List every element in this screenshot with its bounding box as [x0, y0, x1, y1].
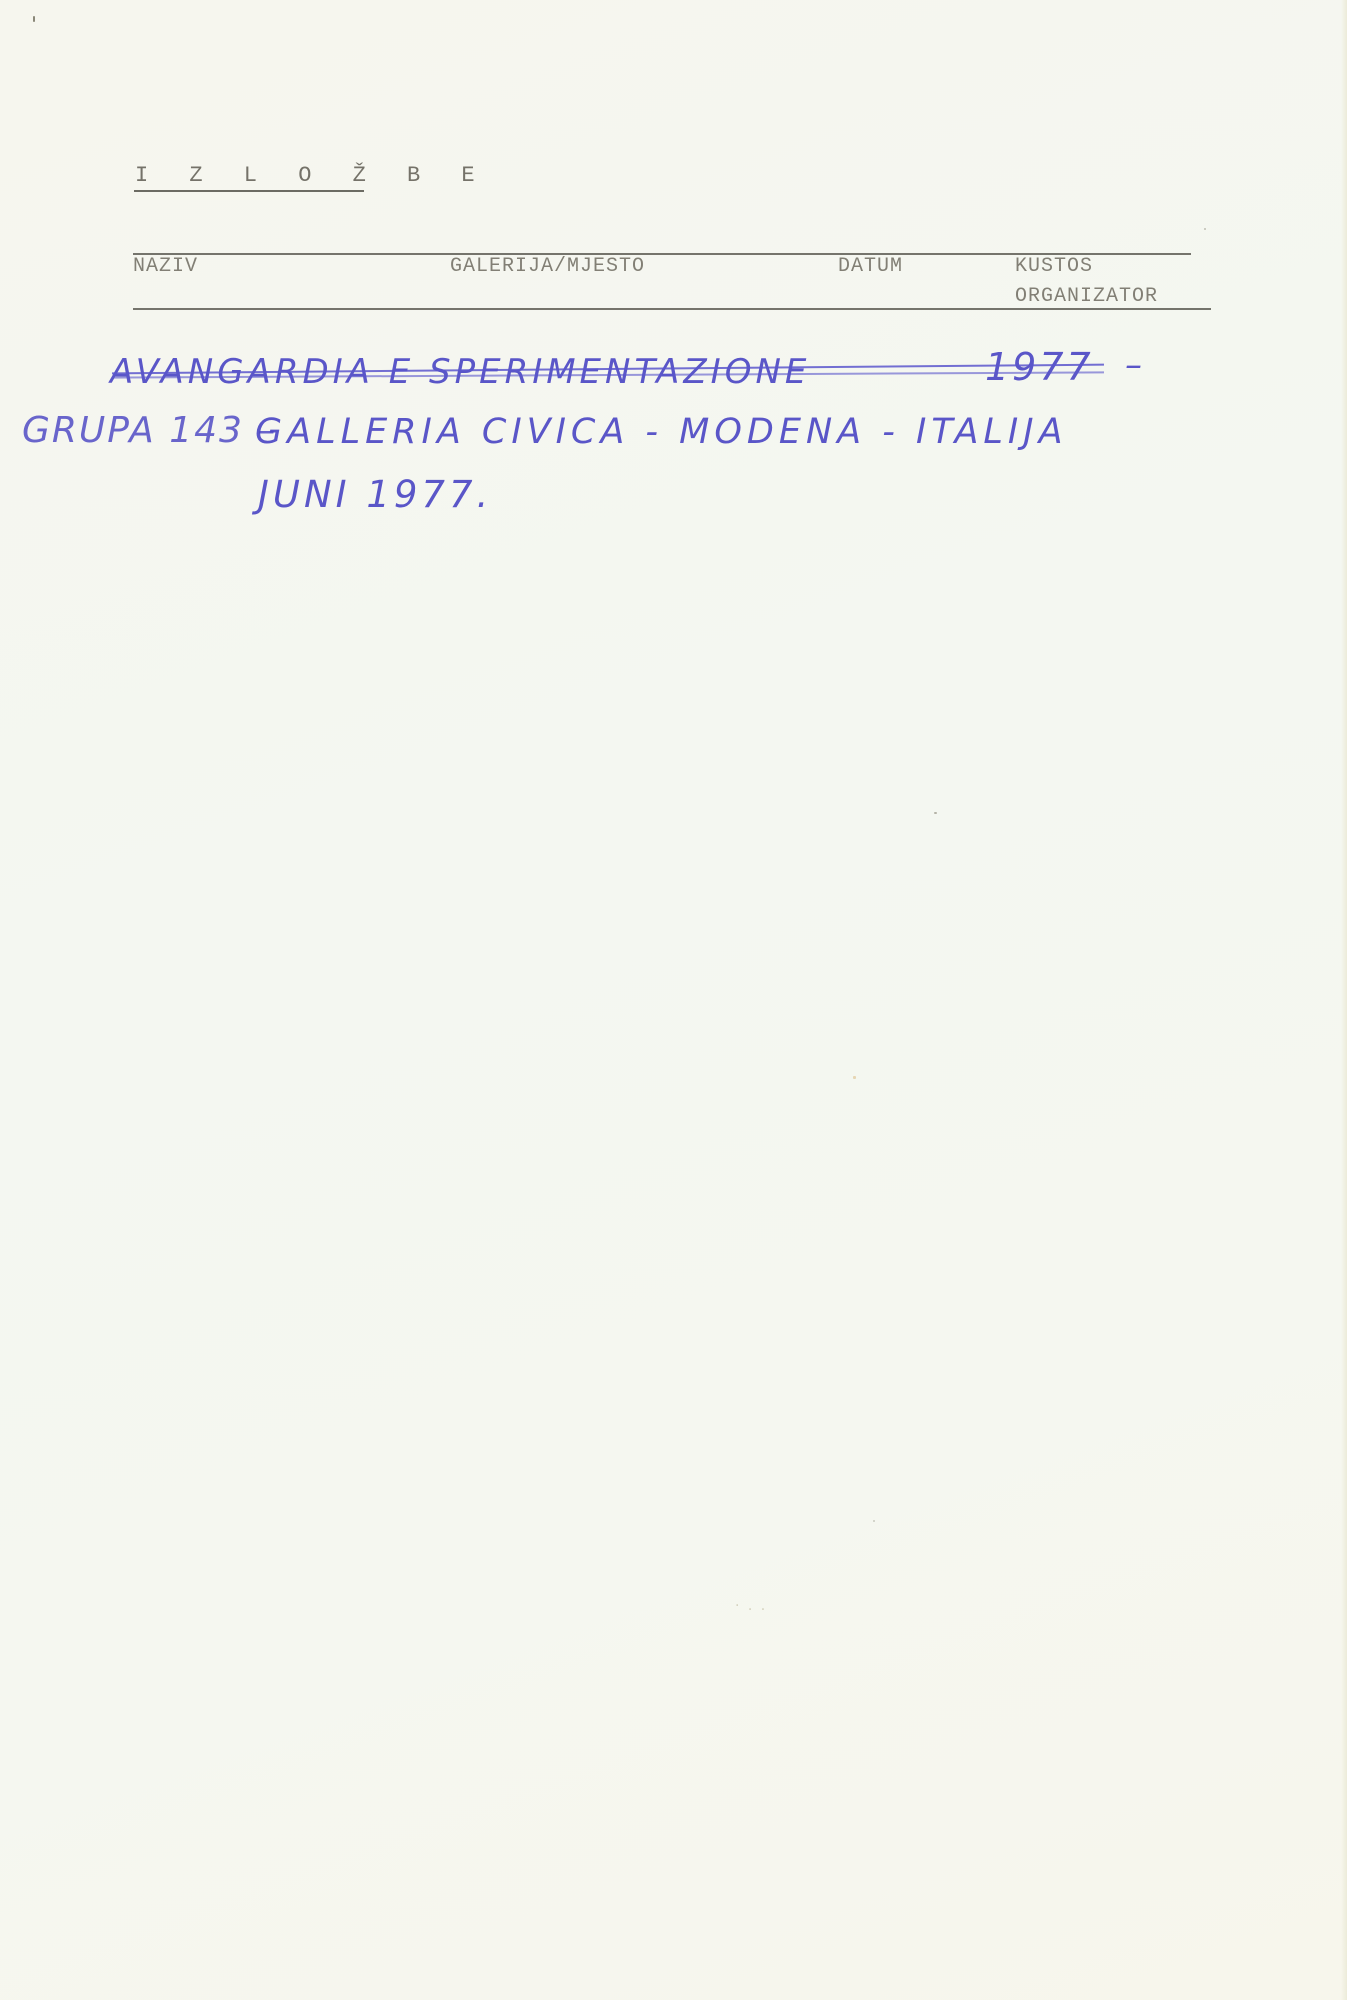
faint-bleed-through-mark: · . . [735, 1598, 767, 1614]
column-header-galerija-mjesto: GALERIJA/MJESTO [450, 255, 645, 278]
handwritten-gallery-location: GALLERIA CIVICA - MODENA - ITALIJA [255, 412, 1068, 452]
paper-speck [873, 1520, 875, 1522]
handwritten-dash: – [1125, 345, 1145, 385]
handwritten-date: JUNI 1977. [258, 473, 492, 516]
title-underline [134, 190, 364, 192]
paper-speck [853, 1076, 856, 1079]
paper-speck [934, 812, 937, 814]
document-title: I Z L O Ž B E [135, 163, 489, 188]
column-header-organizator: ORGANIZATOR [1015, 285, 1158, 308]
page-edge [1341, 0, 1347, 2000]
handwritten-struck-year: 1977 [985, 345, 1094, 389]
column-header-kustos: KUSTOS [1015, 255, 1093, 278]
column-header-naziv: NAZIV [133, 255, 198, 278]
column-header-datum: DATUM [838, 255, 903, 278]
handwritten-group-name: GRUPA 143 – [22, 410, 277, 451]
paper-speck [1204, 228, 1206, 230]
paper-speck [33, 16, 35, 22]
table-header-bottom-rule [133, 308, 1211, 310]
scanned-page: I Z L O Ž B E NAZIV GALERIJA/MJESTO DATU… [0, 0, 1347, 2000]
